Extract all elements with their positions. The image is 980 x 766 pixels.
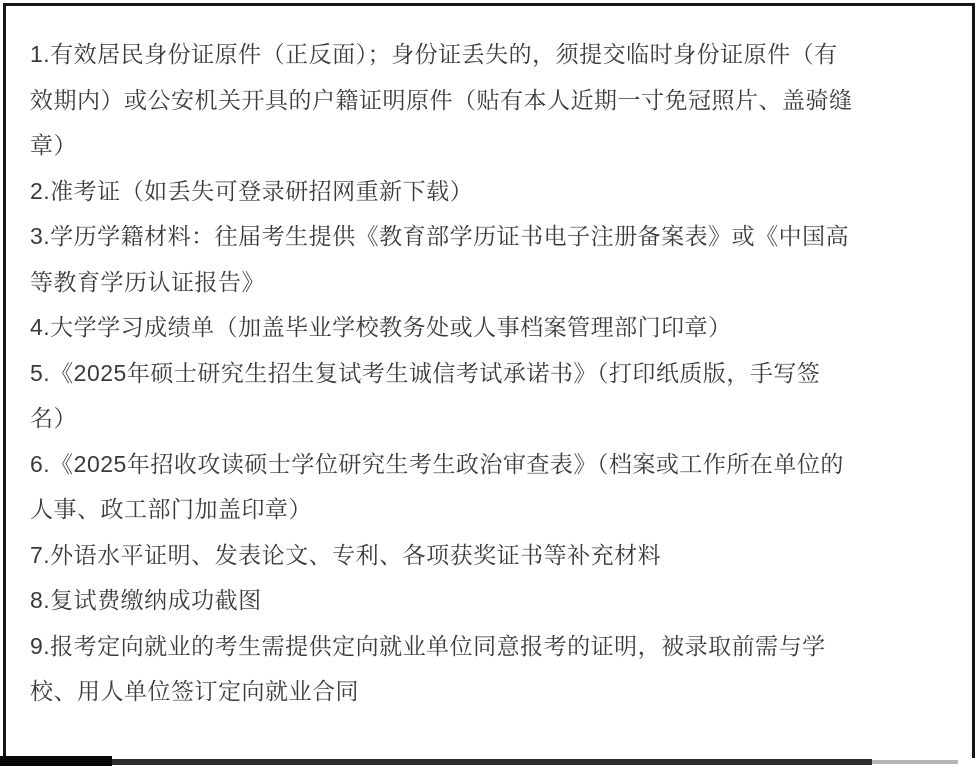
- list-item-7: 7.外语水平证明、发表论文、专利、各项获奖证书等补充材料: [30, 533, 954, 579]
- text-line: 1.有效居民身份证原件（正反面）；身份证丢失的，须提交临时身份证原件（有: [30, 32, 954, 78]
- list-item-3: 3.学历学籍材料：往届考生提供《教育部学历证书电子注册备案表》或《中国高 等教育…: [30, 214, 954, 305]
- text-line: 效期内）或公安机关开具的户籍证明原件（贴有本人近期一寸免冠照片、盖骑缝: [30, 78, 954, 124]
- text-line: 3.学历学籍材料：往届考生提供《教育部学历证书电子注册备案表》或《中国高: [30, 214, 954, 260]
- list-item-2: 2.准考证（如丢失可登录研招网重新下载）: [30, 169, 954, 215]
- text-line: 9.报考定向就业的考生需提供定向就业单位同意报考的证明，被录取前需与学: [30, 624, 954, 670]
- text-line: 校、用人单位签订定向就业合同: [30, 669, 954, 715]
- list-item-4: 4.大学学习成绩单（加盖毕业学校教务处或人事档案管理部门印章）: [30, 305, 954, 351]
- text-line: 人事、政工部门加盖印章）: [30, 487, 954, 533]
- text-line: 7.外语水平证明、发表论文、专利、各项获奖证书等补充材料: [30, 533, 954, 579]
- bottom-cutoff-bar-left: [0, 756, 112, 766]
- list-item-8: 8.复试费缴纳成功截图: [30, 578, 954, 624]
- text-line: 2.准考证（如丢失可登录研招网重新下载）: [30, 169, 954, 215]
- text-line: 等教育学历认证报告》: [30, 260, 954, 306]
- list-item-5: 5.《2025年硕士研究生招生复试考生诚信考试承诺书》（打印纸质版，手写签 名）: [30, 351, 954, 442]
- text-line: 5.《2025年硕士研究生招生复试考生诚信考试承诺书》（打印纸质版，手写签: [30, 351, 954, 397]
- text-line: 章）: [30, 123, 954, 169]
- list-item-6: 6.《2025年招收攻读硕士学位研究生考生政治审查表》（档案或工作所在单位的 人…: [30, 442, 954, 533]
- list-item-1: 1.有效居民身份证原件（正反面）；身份证丢失的，须提交临时身份证原件（有 效期内…: [30, 32, 954, 169]
- text-line: 6.《2025年招收攻读硕士学位研究生考生政治审查表》（档案或工作所在单位的: [30, 442, 954, 488]
- page: 1.有效居民身份证原件（正反面）；身份证丢失的，须提交临时身份证原件（有 效期内…: [0, 0, 980, 766]
- bottom-cutoff-bar-middle: [112, 759, 872, 765]
- requirements-list: 1.有效居民身份证原件（正反面）；身份证丢失的，须提交临时身份证原件（有 效期内…: [6, 6, 972, 715]
- text-line: 名）: [30, 396, 954, 442]
- text-line: 8.复试费缴纳成功截图: [30, 578, 954, 624]
- text-line: 4.大学学习成绩单（加盖毕业学校教务处或人事档案管理部门印章）: [30, 305, 954, 351]
- list-item-9: 9.报考定向就业的考生需提供定向就业单位同意报考的证明，被录取前需与学 校、用人…: [30, 624, 954, 715]
- bottom-cutoff-bar-right: [872, 760, 958, 764]
- requirements-box: 1.有效居民身份证原件（正反面）；身份证丢失的，须提交临时身份证原件（有 效期内…: [3, 3, 975, 758]
